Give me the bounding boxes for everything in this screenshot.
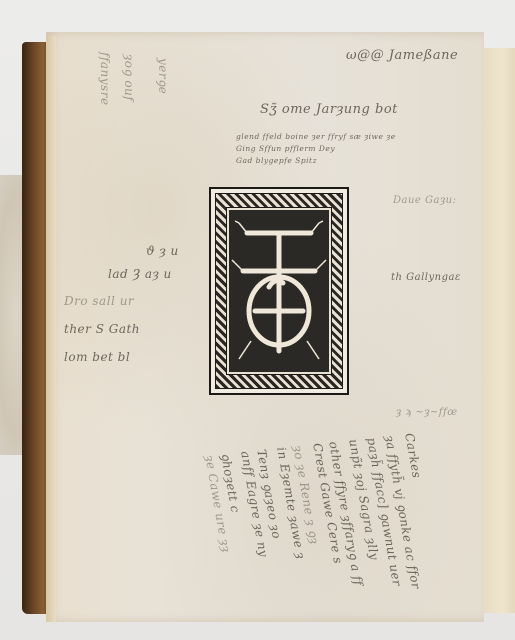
monogram-panel (227, 208, 331, 374)
inscription-left: ther S Gath (64, 322, 140, 336)
inscription-header: Sʒ̃ ome Jarȝung bot (260, 102, 398, 117)
woodcut-emblem (209, 187, 349, 395)
inscription-line: glend ffeld boine ȝer ffryf sæ ȝiwe ȝe (236, 132, 396, 141)
inscription-line: Gad blygepfe Spitz (236, 156, 317, 165)
inscription-left: Dro sall ur (64, 294, 134, 308)
inscription-right: th Gallyngaɛ (391, 272, 461, 283)
marginalia-vertical: yerꝯe (155, 58, 172, 94)
inscription-left: lom bet bl (64, 350, 130, 364)
inscription-left: lad Ȝ aȝ u (108, 267, 172, 281)
gutter (46, 36, 56, 622)
inscription-right: Daue Gaȝu: (393, 195, 457, 206)
inscription-top-right: ω@@ Jameßane (346, 48, 458, 63)
marginalia-vertical: ffanysre (98, 52, 112, 106)
page-edges (481, 48, 515, 613)
inscription-line: Ging Sffun pfflerm Dey (236, 144, 335, 153)
inscription-left: ϑ ȝ u (146, 244, 179, 258)
marginalia-vertical: ȝoꝯ ouf (121, 54, 138, 101)
inscription-line: Carkes (402, 432, 424, 479)
monogram-icon (229, 210, 329, 372)
inscription-mark: ȝ ϡ ~ȝ~ffœ (396, 407, 458, 418)
